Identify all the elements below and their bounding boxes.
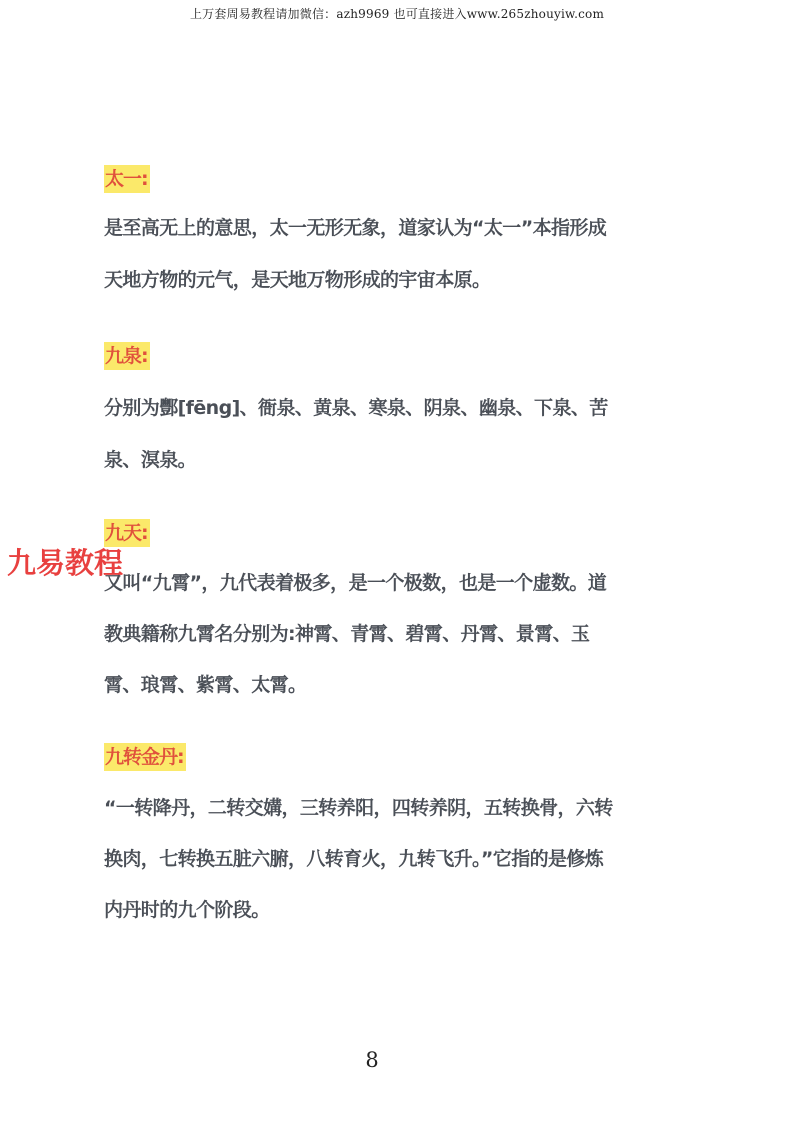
section-body-line: 内丹时的九个阶段。: [104, 897, 270, 923]
section-body-line: 是至高无上的意思，太一无形无象，道家认为“太一”本指形成: [104, 215, 606, 241]
section-body-line: 天地方物的元气，是天地万物形成的宇宙本原。: [104, 267, 490, 293]
section-body-line: “一转降丹，二转交媾，三转养阳，四转养阴，五转换骨，六转: [104, 795, 613, 821]
page-number: 8: [0, 1048, 744, 1072]
section-body-line: 霄、琅霄、紫霄、太霄。: [104, 672, 306, 698]
header-promo-note: 上万套周易教程请加微信：azh9969 也可直接进入www.265zhouyiw…: [0, 5, 794, 22]
section-body-line: 又叫“九霄”，九代表着极多，是一个极数，也是一个虚数。道: [104, 570, 606, 596]
watermark-logo: 九易教程: [7, 545, 123, 581]
section-body-line: 分别为酆[fēng]、衙泉、黄泉、寒泉、阴泉、幽泉、下泉、苦: [104, 395, 608, 421]
section-body-line: 泉、溟泉。: [104, 447, 196, 473]
section-body-line: 教典籍称九霄名分别为:神霄、青霄、碧霄、丹霄、景霄、玉: [104, 621, 589, 647]
section-heading-jiuquan: 九泉:: [104, 342, 150, 370]
section-body-line: 换肉，七转换五脏六腑，八转育火，九转飞升。”它指的是修炼: [104, 846, 603, 872]
section-heading-jiutian: 九天:: [104, 519, 150, 547]
section-heading-jiuzhuan-jindan: 九转金丹:: [104, 743, 186, 771]
section-heading-taiyi: 太一:: [104, 165, 150, 193]
